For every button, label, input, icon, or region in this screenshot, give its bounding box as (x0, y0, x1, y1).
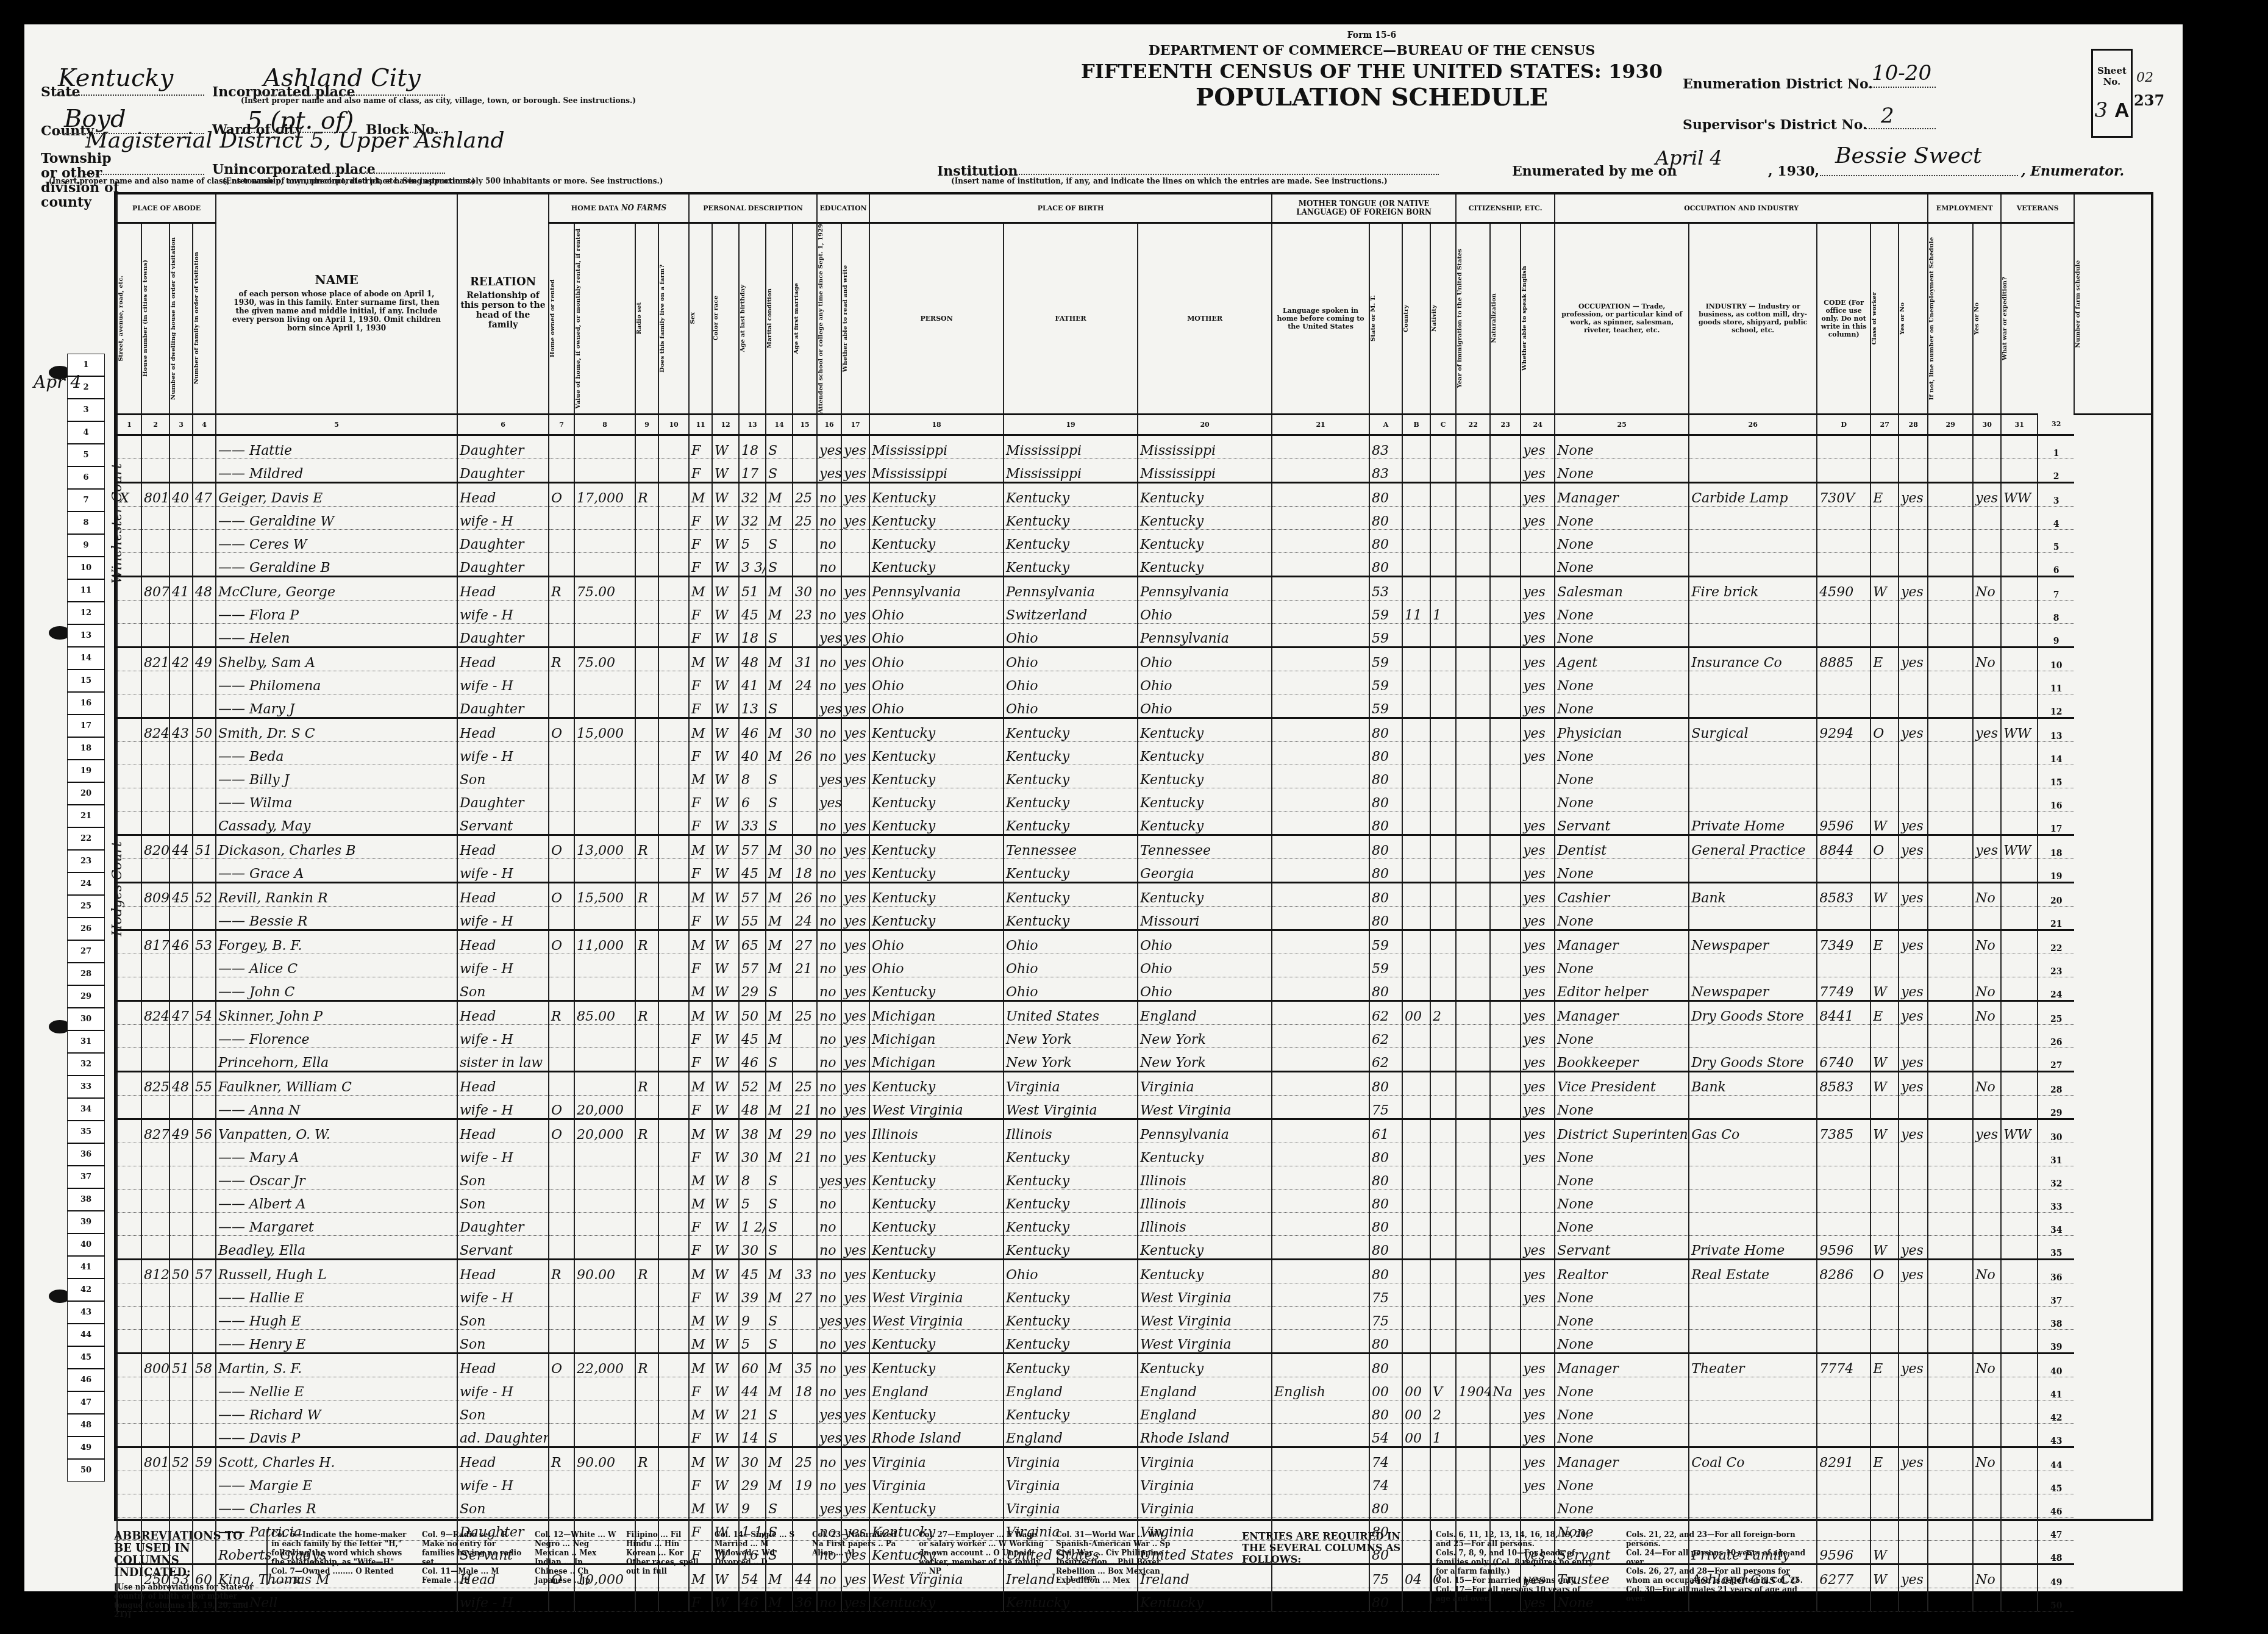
census-row: —— Albert ASonMW5SnoKentuckyKentuckyIlli… (117, 1189, 2151, 1212)
cell-farm (658, 1095, 689, 1119)
cell-vet: yes (1973, 1119, 2001, 1143)
cell-house (141, 506, 169, 529)
cell-english (1521, 765, 1555, 788)
cell-house: 821 (141, 647, 169, 671)
cell-name: —— Geraldine B (216, 552, 457, 576)
cell-english: yes (1521, 482, 1555, 506)
cell-occupation: Servant (1555, 811, 1689, 835)
col6-note: Col. 6—Indicate the home-maker in each f… (271, 1530, 412, 1567)
cell-occupation: None (1555, 1423, 1689, 1447)
cell-birth-father: Kentucky (1004, 506, 1138, 529)
cell-vet: No (1973, 977, 2001, 1001)
cell-codeB (1402, 435, 1430, 458)
cell-name: —— Nellie E (216, 1377, 457, 1400)
cell-race: W (712, 954, 739, 977)
cell-read: yes (841, 1494, 869, 1517)
cell-occupation: None (1555, 529, 1689, 552)
cell-farm (658, 1471, 689, 1494)
cell-birth-father: Illinois (1004, 1119, 1138, 1143)
cell-immig (1456, 647, 1490, 671)
cell-street (117, 835, 141, 858)
cell-unemp (1928, 1119, 1973, 1143)
cell-race: W (712, 1377, 739, 1400)
cell-owned (549, 1306, 574, 1329)
cell-street (117, 1447, 141, 1471)
cell-school: no (817, 506, 841, 529)
census-row: Beadley, EllaServantFW30SnoyesKentuckyKe… (117, 1235, 2151, 1259)
census-title: FIFTEENTH CENSUS OF THE UNITED STATES: 1… (1024, 60, 1719, 83)
cell-value (574, 788, 635, 811)
census-row: —— MildredDaughterFW17SyesyesMississippi… (117, 458, 2151, 482)
cell-lang (1272, 1001, 1369, 1024)
incorporated-note: (Insert proper name and also name of cla… (241, 96, 636, 105)
cell-unemp (1928, 977, 1973, 1001)
cell-industry: Real Estate (1689, 1259, 1817, 1283)
cell-family (193, 552, 216, 576)
cell-street (117, 718, 141, 741)
census-row: Cassady, MayServantFW33SnoyesKentuckyKen… (117, 811, 2151, 835)
cell-age: 8 (739, 1166, 766, 1189)
cell-birth-father: Tennessee (1004, 835, 1138, 858)
cell-house (141, 600, 169, 623)
cell-race: W (712, 1047, 739, 1071)
cell-codeA: 80 (1369, 858, 1402, 882)
cell-class (1870, 1283, 1899, 1306)
cell-school: no (817, 600, 841, 623)
cell-work (1899, 1329, 1928, 1353)
cell-family (193, 858, 216, 882)
cell-radio: R (635, 1001, 658, 1024)
cell-english: yes (1521, 623, 1555, 647)
cell-industry: Theater (1689, 1353, 1817, 1377)
cell-industry (1689, 906, 1817, 930)
entries-note-1: Cols. 6, 11, 12, 13, 14, 16, 18, 19, 20,… (1436, 1530, 1594, 1549)
right-line-number: 31 (2038, 1143, 2074, 1166)
right-line-number: 40 (2038, 1353, 2074, 1377)
cell-birth-person: Kentucky (869, 882, 1004, 906)
cell-immig (1456, 1471, 1490, 1494)
left-line-number: 50 (67, 1459, 105, 1482)
cell-vet: yes (1973, 482, 2001, 506)
cell-dwelling (169, 1283, 193, 1306)
cell-family (193, 529, 216, 552)
cell-codeD (1817, 765, 1870, 788)
cell-owned (549, 1212, 574, 1235)
cell-lang (1272, 1471, 1369, 1494)
cell-class (1870, 1471, 1899, 1494)
cell-natur (1490, 1001, 1521, 1024)
cell-marital: S (766, 1423, 793, 1447)
cell-war (2001, 1283, 2038, 1306)
cell-race: W (712, 1166, 739, 1189)
cell-industry: Private Home (1689, 811, 1817, 835)
cell-codeD: 8583 (1817, 882, 1870, 906)
cell-birth-person: Kentucky (869, 718, 1004, 741)
cell-age-marriage: 25 (793, 1447, 817, 1471)
cell-war (2001, 576, 2038, 600)
cell-sex: F (689, 954, 712, 977)
cell-dwelling: 42 (169, 647, 193, 671)
cell-race: W (712, 1095, 739, 1119)
cell-sex: M (689, 1166, 712, 1189)
cell-codeD: 9596 (1817, 811, 1870, 835)
cell-codeB: 00 (1402, 1001, 1430, 1024)
cell-unemp (1928, 1189, 1973, 1212)
census-row: —— John CSonMW29SnoyesKentuckyOhioOhio80… (117, 977, 2151, 1001)
right-line-number: 4 (2038, 506, 2074, 529)
cell-war (2001, 858, 2038, 882)
census-row: —— Grace Awife - HFW45M18noyesKentuckyKe… (117, 858, 2151, 882)
cell-value (574, 811, 635, 835)
cell-codeD: 7385 (1817, 1119, 1870, 1143)
cell-birth-father: Kentucky (1004, 1235, 1138, 1259)
cell-school: no (817, 954, 841, 977)
cell-dwelling (169, 765, 193, 788)
cell-war (2001, 647, 2038, 671)
cell-codeD: 4590 (1817, 576, 1870, 600)
cell-read: yes (841, 576, 869, 600)
cell-codeB (1402, 954, 1430, 977)
cell-vet (1973, 1329, 2001, 1353)
cell-unemp (1928, 1400, 1973, 1423)
cell-codeD (1817, 954, 1870, 977)
cell-industry (1689, 1166, 1817, 1189)
cell-natur (1490, 435, 1521, 458)
cell-war (2001, 1259, 2038, 1283)
cell-vet (1973, 600, 2001, 623)
cell-unemp (1928, 647, 1973, 671)
cell-dwelling (169, 1377, 193, 1400)
col-header-12: Color or race (712, 223, 739, 414)
cell-farm (658, 858, 689, 882)
cell-unemp (1928, 788, 1973, 811)
cell-birth-mother: England (1138, 1001, 1272, 1024)
cell-lang (1272, 1423, 1369, 1447)
cell-race: W (712, 1306, 739, 1329)
cell-street (117, 694, 141, 718)
form-title-block: Form 15-6 DEPARTMENT OF COMMERCE—BUREAU … (1024, 30, 1719, 112)
cell-age: 1 2/12 (739, 1212, 766, 1235)
left-line-number: 39 (67, 1211, 105, 1233)
cell-birth-father: Kentucky (1004, 552, 1138, 576)
cell-farm (658, 623, 689, 647)
cell-race: W (712, 835, 739, 858)
col-header-22: Year of immigration to the United States (1456, 223, 1490, 414)
left-line-number: 29 (67, 985, 105, 1008)
cell-occupation: None (1555, 552, 1689, 576)
cell-house (141, 1423, 169, 1447)
cell-birth-mother: Kentucky (1138, 529, 1272, 552)
cell-birth-father: Ohio (1004, 1259, 1138, 1283)
cell-age-marriage (793, 1329, 817, 1353)
cell-codeC (1430, 623, 1456, 647)
cell-radio (635, 718, 658, 741)
cell-relation: wife - H (457, 1588, 549, 1611)
cell-occupation: None (1555, 435, 1689, 458)
cell-birth-person: Kentucky (869, 811, 1004, 835)
cell-work (1899, 1400, 1928, 1423)
cell-street (117, 529, 141, 552)
cell-war (2001, 954, 2038, 977)
cell-occupation: Physician (1555, 718, 1689, 741)
cell-radio (635, 811, 658, 835)
cell-house (141, 623, 169, 647)
cell-work: yes (1899, 930, 1928, 954)
cell-occupation: Cashier (1555, 882, 1689, 906)
cell-english: yes (1521, 1024, 1555, 1047)
cell-read (841, 1189, 869, 1212)
cell-age-marriage (793, 1212, 817, 1235)
cell-codeD (1817, 435, 1870, 458)
cell-age-marriage: 35 (793, 1353, 817, 1377)
cell-birth-mother: Kentucky (1138, 718, 1272, 741)
cell-natur (1490, 1235, 1521, 1259)
cell-unemp (1928, 741, 1973, 765)
cell-lang (1272, 1071, 1369, 1095)
cell-immig (1456, 718, 1490, 741)
cell-street (117, 1212, 141, 1235)
census-row: —— Bedawife - HFW40M26noyesKentuckyKentu… (117, 741, 2151, 765)
schedule-title: POPULATION SCHEDULE (1024, 83, 1719, 112)
cell-race: W (712, 600, 739, 623)
cell-street (117, 1095, 141, 1119)
cell-lang: English (1272, 1377, 1369, 1400)
cell-natur (1490, 482, 1521, 506)
cell-street (117, 1329, 141, 1353)
cell-dwelling (169, 1494, 193, 1517)
cell-class: E (1870, 482, 1899, 506)
cell-codeD (1817, 1189, 1870, 1212)
left-line-number: 49 (67, 1436, 105, 1459)
cell-birth-person: West Virginia (869, 1306, 1004, 1329)
cell-owned: O (549, 1353, 574, 1377)
cell-value (574, 1588, 635, 1611)
cell-name: McClure, George (216, 576, 457, 600)
cell-radio (635, 1471, 658, 1494)
cell-dwelling (169, 954, 193, 977)
cell-birth-father: Pennsylvania (1004, 576, 1138, 600)
cell-immig (1456, 1119, 1490, 1143)
col-number-25: 25 (1555, 414, 1689, 435)
cell-english (1521, 552, 1555, 576)
cell-radio: R (635, 482, 658, 506)
cell-class (1870, 1400, 1899, 1423)
right-line-number: 23 (2038, 954, 2074, 977)
cell-school: no (817, 882, 841, 906)
cell-codeD: 7349 (1817, 930, 1870, 954)
left-line-number: 40 (67, 1233, 105, 1256)
col-header-10: Does this family live on a farm? (658, 223, 689, 414)
cell-work (1899, 1095, 1928, 1119)
cell-family (193, 458, 216, 482)
cell-sex: M (689, 1306, 712, 1329)
cell-birth-father: New York (1004, 1024, 1138, 1047)
cell-birth-person: Mississippi (869, 435, 1004, 458)
col-header-21: Language spoken in home before coming to… (1272, 223, 1369, 414)
cell-read: yes (841, 1471, 869, 1494)
cell-read: yes (841, 741, 869, 765)
cell-english: yes (1521, 811, 1555, 835)
col-number-20: 20 (1138, 414, 1272, 435)
left-line-number: 41 (67, 1256, 105, 1279)
cell-vet (1973, 811, 2001, 835)
census-row: —— Nellwife - HFW46M36noyesKentuckyKentu… (117, 1588, 2151, 1611)
cell-codeC (1430, 1095, 1456, 1119)
cell-class (1870, 788, 1899, 811)
cell-vet (1973, 694, 2001, 718)
cell-family: 52 (193, 882, 216, 906)
cell-name: —— Henry E (216, 1329, 457, 1353)
cell-birth-mother: Kentucky (1138, 1353, 1272, 1377)
left-line-number: 44 (67, 1324, 105, 1346)
cell-birth-father: Kentucky (1004, 741, 1138, 765)
cell-industry (1689, 858, 1817, 882)
cell-codeB (1402, 1095, 1430, 1119)
cell-lang (1272, 977, 1369, 1001)
cell-street (117, 1024, 141, 1047)
cell-read: yes (841, 1447, 869, 1471)
enumerated-label: Enumerated by me on (1512, 163, 1677, 179)
col-number-b: B (1402, 414, 1430, 435)
cell-birth-father: Virginia (1004, 1494, 1138, 1517)
cell-farm (658, 482, 689, 506)
cell-birth-father: Kentucky (1004, 529, 1138, 552)
cell-radio (635, 1400, 658, 1423)
cell-industry (1689, 1400, 1817, 1423)
cell-read: yes (841, 1001, 869, 1024)
cell-name: —— Oscar Jr (216, 1166, 457, 1189)
cell-codeB (1402, 977, 1430, 1001)
cell-age-marriage (793, 788, 817, 811)
col-number-4: 4 (193, 414, 216, 435)
cell-race: W (712, 930, 739, 954)
cell-school: yes (817, 1423, 841, 1447)
cell-english: yes (1521, 1047, 1555, 1071)
cell-immig (1456, 1423, 1490, 1447)
cell-codeB (1402, 1143, 1430, 1166)
cell-marital: M (766, 1471, 793, 1494)
cell-work (1899, 1166, 1928, 1189)
right-line-number: 2 (2038, 458, 2074, 482)
left-line-number: 3 (67, 399, 105, 421)
entries-note-4: Col. 17—For all persons 10 years of age … (1436, 1585, 1594, 1604)
cell-industry (1689, 1283, 1817, 1306)
cell-race: W (712, 1588, 739, 1611)
cell-marital: M (766, 647, 793, 671)
cell-race: W (712, 1447, 739, 1471)
cell-work: yes (1899, 1119, 1928, 1143)
cell-age-marriage (793, 458, 817, 482)
cell-codeC (1430, 1071, 1456, 1095)
cell-read (841, 552, 869, 576)
col-header-16: Attended school or college any time sinc… (817, 223, 841, 414)
cell-value (574, 1423, 635, 1447)
cell-codeC (1430, 1471, 1456, 1494)
cell-dwelling (169, 1306, 193, 1329)
cell-owned (549, 1235, 574, 1259)
cell-age-marriage: 21 (793, 1095, 817, 1119)
cell-value (574, 741, 635, 765)
cell-work (1899, 1494, 1928, 1517)
cell-school: no (817, 1071, 841, 1095)
cell-class (1870, 529, 1899, 552)
cell-natur (1490, 576, 1521, 600)
cell-race: W (712, 458, 739, 482)
cell-sex: F (689, 552, 712, 576)
cell-value: 15,000 (574, 718, 635, 741)
census-rows: —— HattieDaughterFW18SyesyesMississippiM… (117, 435, 2151, 1611)
cell-birth-mother: Kentucky (1138, 1235, 1272, 1259)
cell-english (1521, 1189, 1555, 1212)
cell-codeB (1402, 1353, 1430, 1377)
cell-sex: F (689, 906, 712, 930)
cell-owned (549, 1166, 574, 1189)
cell-name: —— Helen (216, 623, 457, 647)
cell-class (1870, 1024, 1899, 1047)
cell-owned (549, 1071, 574, 1095)
cell-lang (1272, 1189, 1369, 1212)
cell-natur (1490, 1166, 1521, 1189)
cell-owned (549, 858, 574, 882)
cell-industry (1689, 1024, 1817, 1047)
cell-family (193, 977, 216, 1001)
census-row: 8274956Vanpatten, O. W.HeadO20,000RMW38M… (117, 1119, 2151, 1143)
cell-unemp (1928, 529, 1973, 552)
group-personal-description: PERSONAL DESCRIPTION (689, 194, 817, 223)
cell-immig (1456, 1166, 1490, 1189)
cell-farm (658, 1143, 689, 1166)
cell-industry (1689, 506, 1817, 529)
cell-birth-person: Kentucky (869, 906, 1004, 930)
cell-age: 52 (739, 1071, 766, 1095)
col-number-16: 16 (817, 414, 841, 435)
cell-read: yes (841, 623, 869, 647)
cell-school: yes (817, 1494, 841, 1517)
cell-birth-person: Kentucky (869, 1329, 1004, 1353)
cell-birth-person: Kentucky (869, 1071, 1004, 1095)
cell-birth-father: Kentucky (1004, 1353, 1138, 1377)
col-number-21: 21 (1272, 414, 1369, 435)
cell-immig (1456, 694, 1490, 718)
cell-english: yes (1521, 1353, 1555, 1377)
cell-family (193, 1377, 216, 1400)
cell-school: no (817, 1095, 841, 1119)
cell-sex: F (689, 1095, 712, 1119)
right-line-number: 44 (2038, 1447, 2074, 1471)
cell-codeB (1402, 765, 1430, 788)
cell-read (841, 788, 869, 811)
cell-birth-person: Mississippi (869, 458, 1004, 482)
cell-codeD: 9294 (1817, 718, 1870, 741)
cell-owned (549, 1143, 574, 1166)
cell-radio (635, 1423, 658, 1447)
cell-owned: R (549, 1001, 574, 1024)
census-row: 8174653Forgey, B. F.HeadO11,000RMW65M27n… (117, 930, 2151, 954)
cell-birth-father: Virginia (1004, 1471, 1138, 1494)
cell-age: 65 (739, 930, 766, 954)
cell-occupation: Manager (1555, 482, 1689, 506)
cell-codeD (1817, 458, 1870, 482)
cell-dwelling (169, 506, 193, 529)
right-line-number: 5 (2038, 529, 2074, 552)
cell-immig: 1904 (1456, 1377, 1490, 1400)
cell-read: yes (841, 600, 869, 623)
cell-birth-mother: Kentucky (1138, 882, 1272, 906)
cell-work: yes (1899, 882, 1928, 906)
cell-relation: ad. Daughter (457, 1423, 549, 1447)
cell-codeB (1402, 458, 1430, 482)
cell-age: 57 (739, 954, 766, 977)
